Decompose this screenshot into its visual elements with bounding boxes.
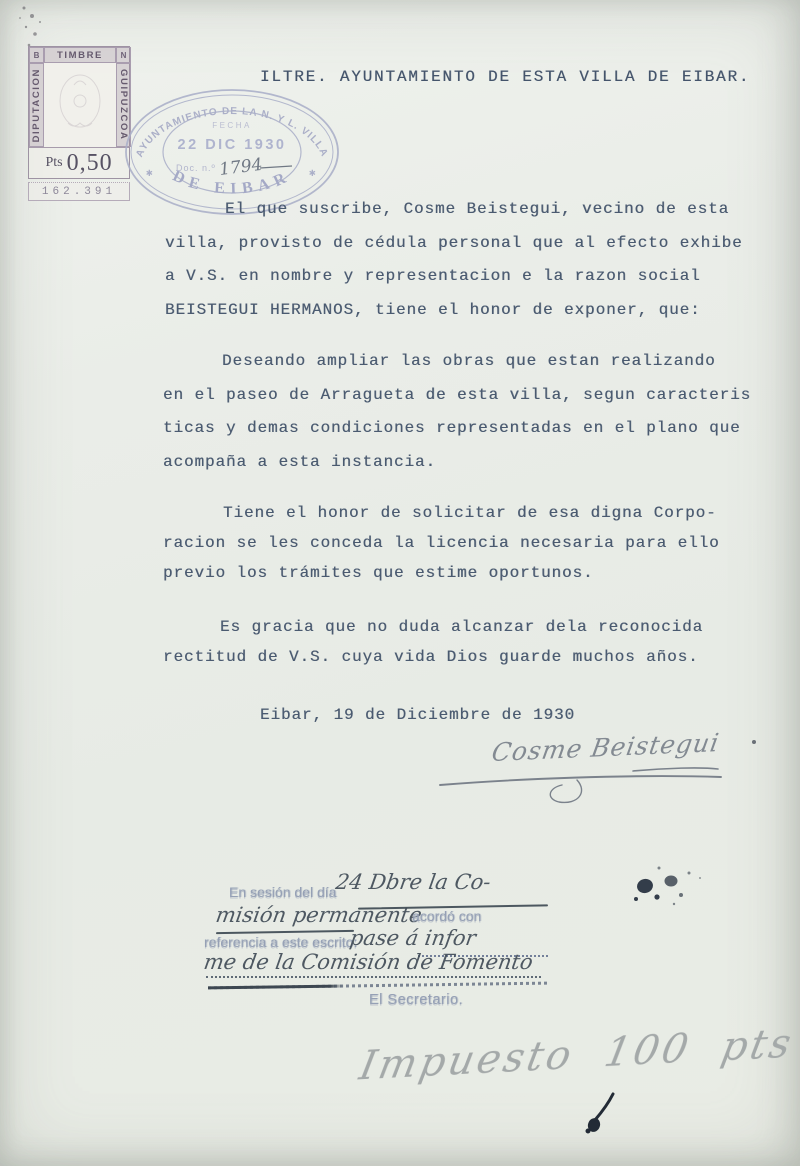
annotation-heavy-rule xyxy=(208,982,548,990)
body-line: Deseando ampliar las obras que estan rea… xyxy=(163,345,751,379)
stamp-doc-label: Doc. n.º xyxy=(176,163,216,173)
paragraph-license-request: Tiene el honor de solicitar de esa digna… xyxy=(163,498,720,588)
signature-flourish xyxy=(425,758,745,813)
tax-stamp-value: Pts 0,50 xyxy=(29,147,129,178)
document-header: ILTRE. AYUNTAMIENTO DE ESTA VILLA DE EIB… xyxy=(260,68,750,86)
tax-stamp-corner-right: N xyxy=(116,47,131,63)
tax-stamp-emblem xyxy=(44,63,116,147)
annotation-dotted-line-4 xyxy=(206,976,541,978)
stamp-date: 22 DIC 1930 xyxy=(178,137,287,153)
paragraph-request-description: Deseando ampliar las obras que estan rea… xyxy=(163,345,751,479)
session-hand-line4: me de la Comisión de Fomento xyxy=(202,950,535,974)
dateline: Eibar, 19 de Diciembre de 1930 xyxy=(260,706,575,724)
session-stamp-line2: acordó con xyxy=(412,908,481,924)
body-line: en el paseo de Arragueta de esta villa, … xyxy=(163,379,751,413)
tax-stamp-corner-left: B xyxy=(29,47,44,63)
tax-stamp-currency-label: Pts xyxy=(45,155,62,171)
body-line: BEISTEGUI HERMANOS, tiene el honor de ex… xyxy=(165,294,743,328)
body-line: villa, provisto de cédula personal que a… xyxy=(165,227,743,261)
body-line: Tiene el honor de solicitar de esa digna… xyxy=(163,498,720,528)
stamp-doc-number-handwritten: 1794 xyxy=(218,155,263,180)
body-line: a V.S. en nombre y representacion e la r… xyxy=(165,260,743,294)
fiscal-tax-stamp: B TIMBRE N DIPUTACION xyxy=(28,46,130,201)
stamp-fecha-label: FECHA xyxy=(212,121,252,130)
signature-dot xyxy=(752,740,756,744)
tax-stamp-word-diputacion: DIPUTACION xyxy=(29,63,44,147)
body-line: acompaña a esta instancia. xyxy=(163,446,751,480)
tax-stamp-body: B TIMBRE N DIPUTACION xyxy=(28,46,130,179)
tax-stamp-amount: 0,50 xyxy=(67,150,113,177)
session-hand-line3: pase á infor xyxy=(348,926,478,950)
scanned-letter-page: B TIMBRE N DIPUTACION xyxy=(0,0,800,1166)
body-line: racion se les conceda la licencia necesa… xyxy=(163,528,720,558)
tax-stamp-left-word-text: DIPUTACION xyxy=(31,68,42,142)
session-hand-line2: misión permanente xyxy=(214,903,423,927)
stamp-star-left: ✱ xyxy=(146,168,153,180)
stamp-star-right: ✱ xyxy=(309,168,316,180)
body-line: El que suscribe, Cosme Beistegui, vecino… xyxy=(165,193,743,227)
tax-stamp-serial-number: 162.391 xyxy=(28,182,130,201)
ink-blot xyxy=(580,1088,630,1143)
pencil-tax-note: Impuesto 100 pts xyxy=(356,1020,798,1089)
secretary-stamp-label: El Secretario. xyxy=(369,992,463,1008)
stamp-doc-number-dash xyxy=(260,166,292,168)
tax-stamp-word-timbre: TIMBRE xyxy=(44,47,116,63)
paragraph-closing: Es gracia que no duda alcanzar dela reco… xyxy=(185,612,703,672)
body-line: rectitud de V.S. cuya vida Dios guarde m… xyxy=(163,642,703,672)
body-line: previo los trámites que estime oportunos… xyxy=(163,558,720,588)
session-stamp-line1: En sesión del día xyxy=(229,884,336,900)
paper-speckles xyxy=(12,0,56,52)
ink-splatter xyxy=(618,856,713,916)
body-line: Es gracia que no duda alcanzar dela reco… xyxy=(185,612,703,642)
body-line: ticas y demas condiciones representadas … xyxy=(163,412,751,446)
session-hand-line1: 24 Dbre la Co- xyxy=(334,870,492,894)
session-stamp-line3: referencia a este escrito: xyxy=(204,934,357,950)
paragraph-introduction: El que suscribe, Cosme Beistegui, vecino… xyxy=(165,193,743,327)
